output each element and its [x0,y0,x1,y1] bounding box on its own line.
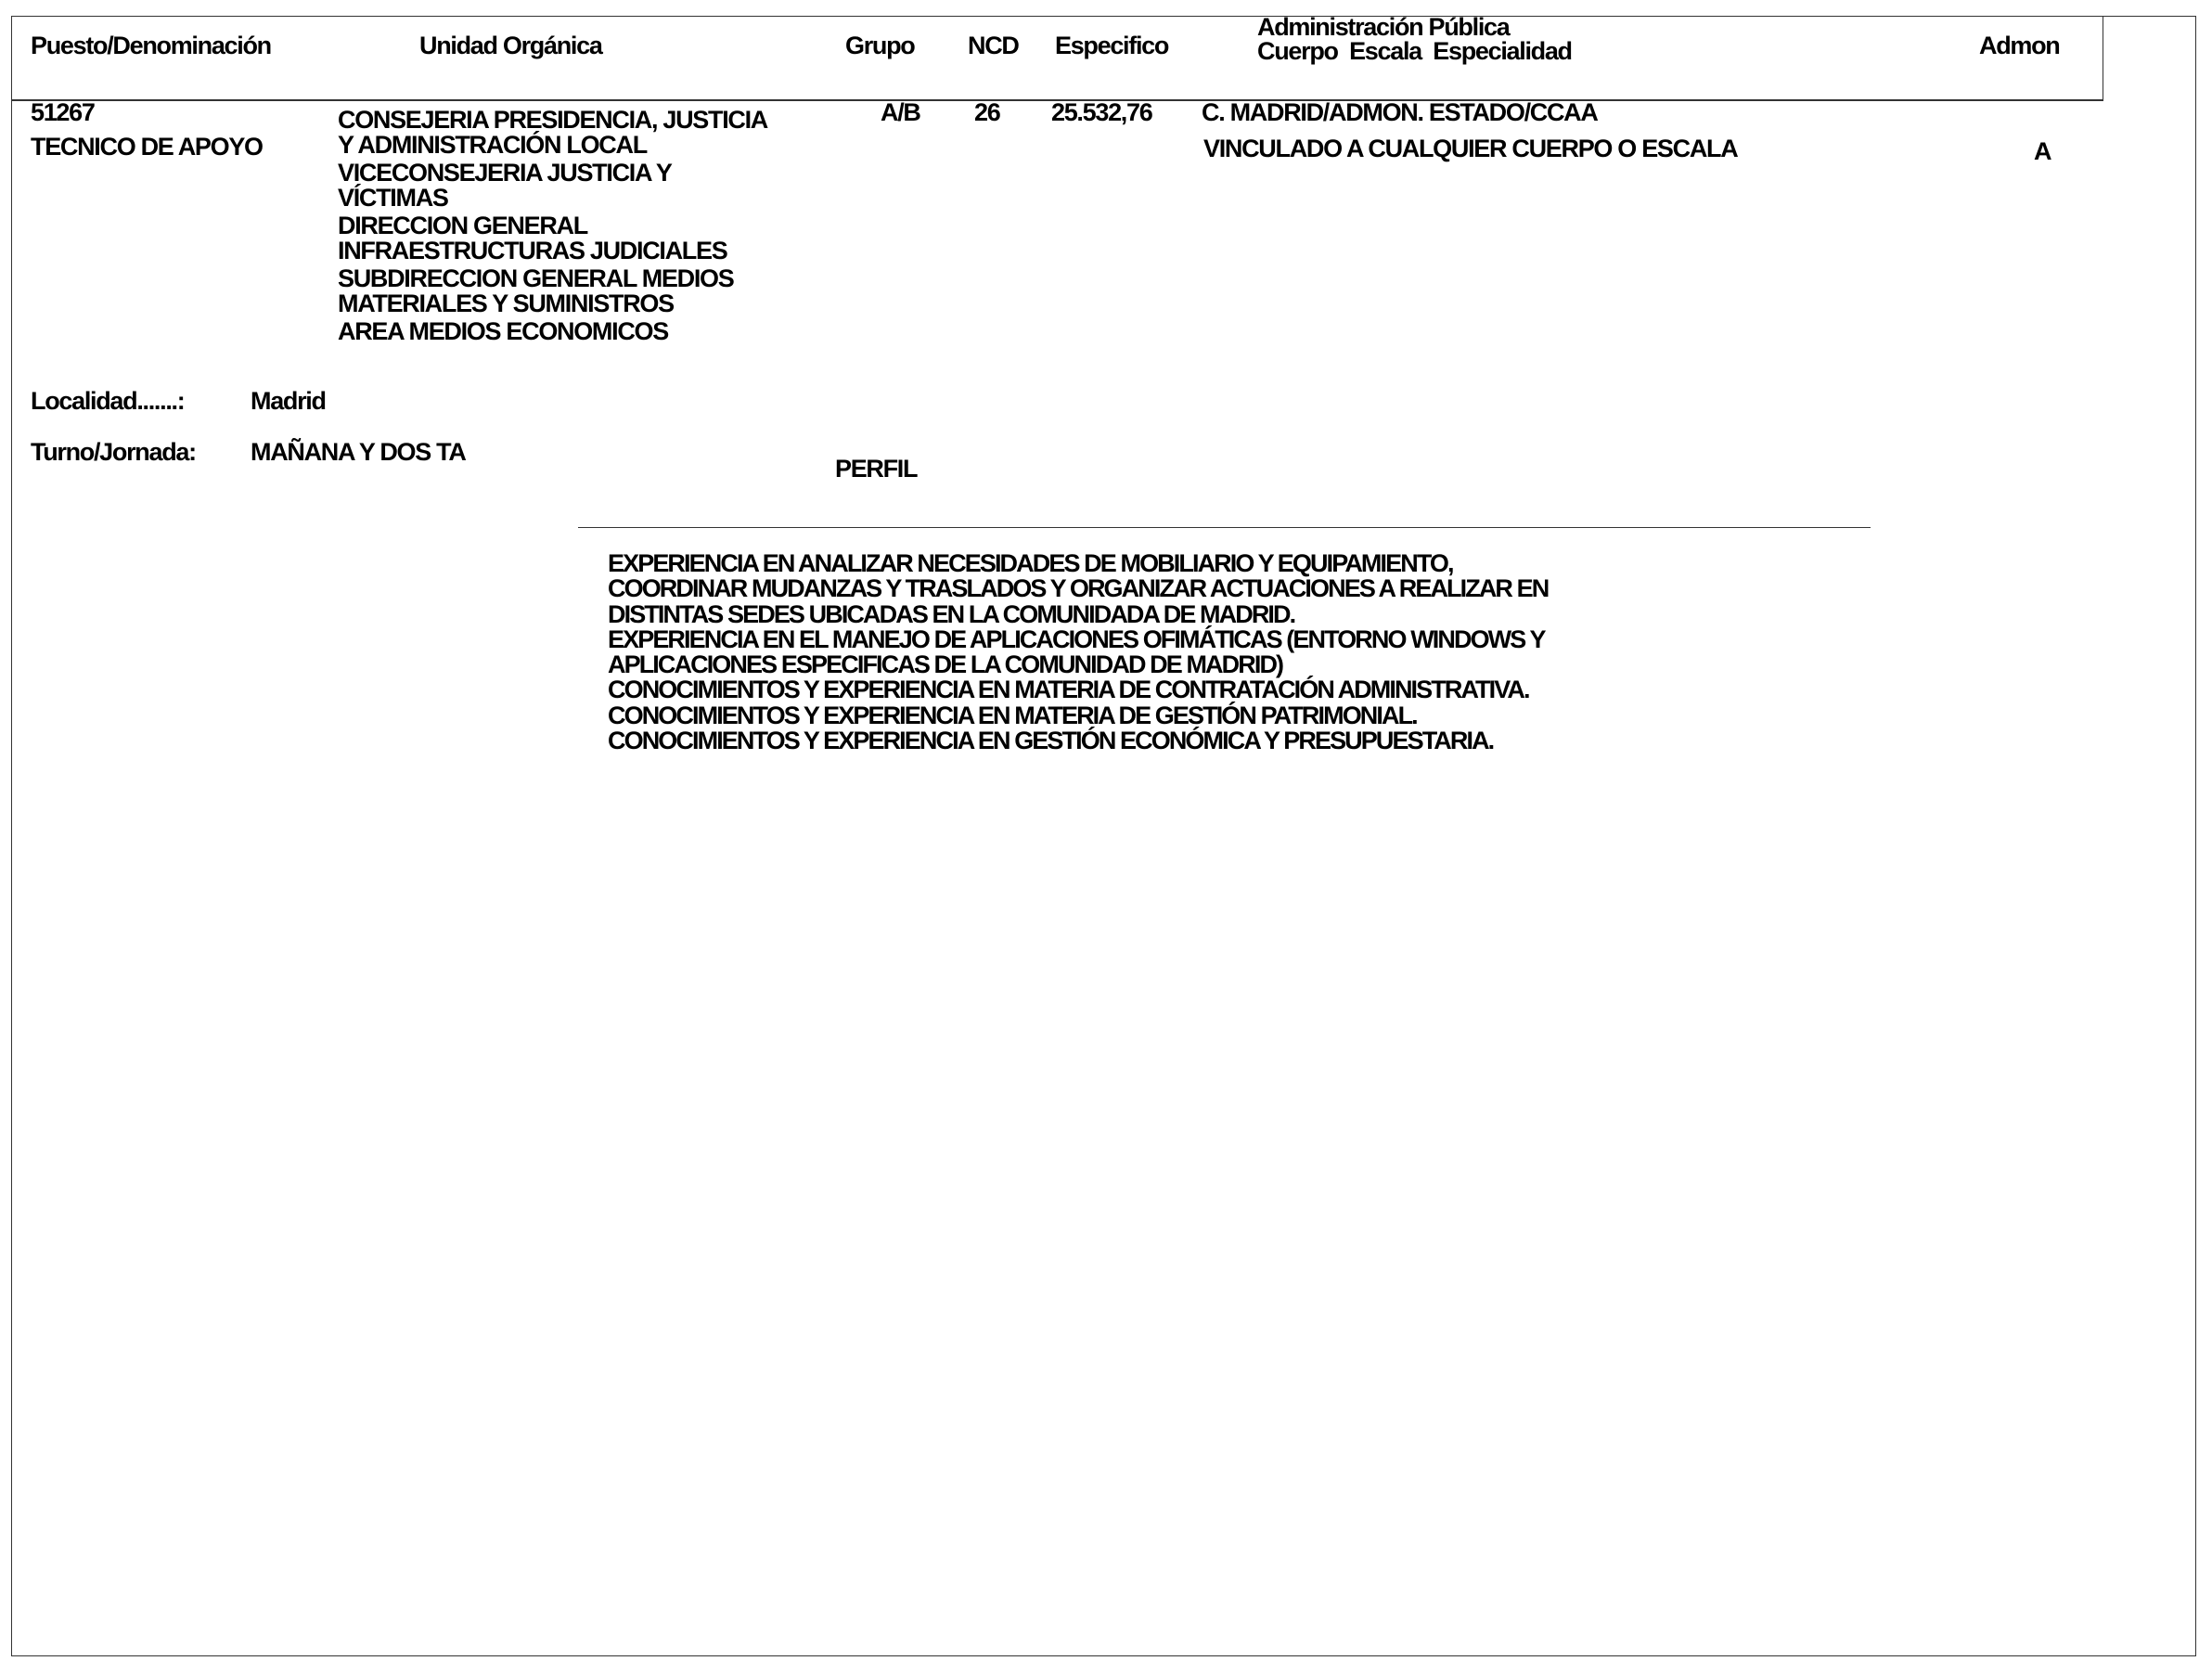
puesto-denominacion: TECNICO DE APOYO [31,135,263,160]
header-especifico: Especifico [1055,33,1168,58]
perfil-line: CONOCIMIENTOS Y EXPERIENCIA EN MATERIA D… [608,677,1721,702]
perfil-line: CONOCIMIENTOS Y EXPERIENCIA EN GESTIÓN E… [608,728,1721,753]
unidad-organica: CONSEJERIA PRESIDENCIA, JUSTICIA Y ADMIN… [338,108,857,347]
perfil-title: PERFIL [835,457,917,482]
header-grupo: Grupo [845,33,915,58]
perfil-line: EXPERIENCIA EN ANALIZAR NECESIDADES DE M… [608,551,1721,576]
turno-label: Turno/Jornada: [31,440,196,465]
perfil-line: COORDINAR MUDANZAS Y TRASLADOS Y ORGANIZ… [608,576,1721,601]
localidad-value: Madrid [251,389,326,414]
puesto-especifico: 25.532,76 [1051,100,1151,125]
unidad-area: AREA MEDIOS ECONOMICOS [338,319,857,344]
perfil-line: DISTINTAS SEDES UBICADAS EN LA COMUNIDAD… [608,602,1721,627]
header-admin-publica: Administración Pública [1257,15,1509,40]
puesto-admon: A [2034,139,2051,164]
unidad-consejeria: CONSEJERIA PRESIDENCIA, JUSTICIA Y ADMIN… [338,108,857,158]
header-puesto: Puesto/Denominación [31,33,271,58]
header-admon: Admon [1979,33,2059,58]
perfil-line: CONOCIMIENTOS Y EXPERIENCIA EN MATERIA D… [608,703,1721,728]
puesto-grupo: A/B [881,100,920,125]
header-ncd: NCD [968,33,1019,58]
turno-value: MAÑANA Y DOS TA [251,440,466,465]
header-cuerpo-escala: Cuerpo Escala Especialidad [1257,39,1572,64]
puesto-codigo: 51267 [31,100,95,125]
perfil-line: EXPERIENCIA EN EL MANEJO DE APLICACIONES… [608,627,1721,652]
unidad-viceconsejeria: VICECONSEJERIA JUSTICIA Y VÍCTIMAS [338,161,857,211]
puesto-ncd: 26 [974,100,999,125]
perfil-text: EXPERIENCIA EN ANALIZAR NECESIDADES DE M… [608,551,1721,753]
puesto-cuerpo-escala: VINCULADO A CUALQUIER CUERPO O ESCALA [1203,136,1737,161]
unidad-subdireccion: SUBDIRECCION GENERAL MEDIOS MATERIALES Y… [338,266,857,316]
unidad-direccion-general: DIRECCION GENERAL INFRAESTRUCTURAS JUDIC… [338,213,857,264]
perfil-divider [578,527,1871,528]
perfil-line: APLICACIONES ESPECIFICAS DE LA COMUNIDAD… [608,652,1721,677]
header-unidad: Unidad Orgánica [419,33,602,58]
puesto-administracion-publica: C. MADRID/ADMON. ESTADO/CCAA [1202,100,1598,125]
localidad-label: Localidad.......: [31,389,184,414]
